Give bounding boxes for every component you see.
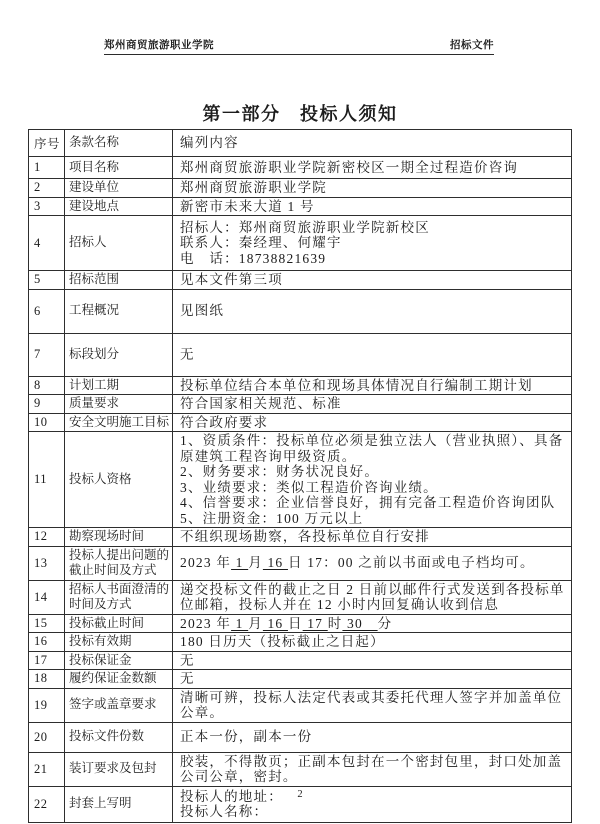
row-content-cell: 符合政府要求: [173, 413, 572, 432]
row-content-cell: 新密市未来大道 1 号: [173, 197, 572, 216]
page-header: 郑州商贸旅游职业学院 招标文件: [104, 37, 494, 55]
row-number-cell: 4: [29, 216, 65, 271]
row-number-cell: 21: [29, 752, 65, 786]
content-line: 递交投标文件的截止之日 2 日前以邮件行式发送到各投标单位邮箱，投标人并在 12…: [180, 582, 567, 613]
row-number-cell: 7: [29, 333, 65, 376]
table-row: 19签字或盖章要求清晰可辨，投标人法定代表或其委托代理人签字并加盖单位公章。: [29, 688, 572, 722]
row-name-cell: 建设单位: [65, 179, 173, 198]
table-header-row: 序号 条款名称 编列内容: [29, 130, 572, 157]
row-name-cell: 投标截止时间: [65, 614, 173, 633]
table-row: 15投标截止时间2023 年 1 月 16 日 17 时 30 分: [29, 614, 572, 633]
content-line: 2023 年 1 月 16 日 17 时 30 分: [180, 616, 567, 632]
row-name-cell: 履约保证金数额: [65, 670, 173, 689]
table-row: 14招标人书面澄清的时间及方式递交投标文件的截止之日 2 日前以邮件行式发送到各…: [29, 580, 572, 614]
row-name-cell: 工程概况: [65, 289, 173, 333]
content-line: 郑州商贸旅游职业学院: [180, 180, 567, 196]
row-name-cell: 项目名称: [65, 157, 173, 179]
row-number-cell: 16: [29, 633, 65, 652]
table-row: 10安全文明施工目标符合政府要求: [29, 413, 572, 432]
content-line: 电 话：18738821639: [180, 251, 567, 267]
row-number-cell: 2: [29, 179, 65, 198]
content-line: 见本文件第三项: [180, 272, 567, 288]
row-name-cell: 勘察现场时间: [65, 528, 173, 547]
content-line: 不组织现场勘察，各投标单位自行安排: [180, 529, 567, 545]
table-row: 17投标保证金无: [29, 651, 572, 670]
content-line: 无: [180, 347, 567, 363]
row-content-cell: 无: [173, 670, 572, 689]
document-page: { "page": { "header_left": "郑州商贸旅游职业学院",…: [0, 0, 600, 824]
row-content-cell: 180 日历天（投标截止之日起）: [173, 633, 572, 652]
table-row: 1项目名称郑州商贸旅游职业学院新密校区一期全过程造价咨询: [29, 157, 572, 179]
row-number-cell: 15: [29, 614, 65, 633]
row-content-cell: 见本文件第三项: [173, 271, 572, 290]
row-name-cell: 招标人书面澄清的时间及方式: [65, 580, 173, 614]
row-number-cell: 19: [29, 688, 65, 722]
row-name-cell: 装订要求及包封: [65, 752, 173, 786]
row-content-cell: 投标单位结合本单位和现场具体情况自行编制工期计划: [173, 376, 572, 395]
content-line: 见图纸: [180, 303, 567, 319]
row-name-cell: 投标保证金: [65, 651, 173, 670]
content-line: 招标人：郑州商贸旅游职业学院新校区: [180, 220, 567, 236]
table-row: 13投标人提出问题的截止时间及方式2023 年 1 月 16 日 17：00 之…: [29, 546, 572, 580]
row-name-cell: 投标文件份数: [65, 722, 173, 752]
content-line: 新密市未来大道 1 号: [180, 199, 567, 215]
row-number-cell: 13: [29, 546, 65, 580]
content-line: 180 日历天（投标截止之日起）: [180, 634, 567, 650]
row-name-cell: 标段划分: [65, 333, 173, 376]
row-number-cell: 1: [29, 157, 65, 179]
content-line: 无: [180, 671, 567, 687]
content-line: 符合政府要求: [180, 415, 567, 431]
content-line: 胶装，不得散页；正副本包封在一个密封包里，封口处加盖公司公章，密封。: [180, 754, 567, 785]
column-header-no: 序号: [29, 130, 65, 157]
row-content-cell: 胶装，不得散页；正副本包封在一个密封包里，封口处加盖公司公章，密封。: [173, 752, 572, 786]
row-number-cell: 17: [29, 651, 65, 670]
row-content-cell: 郑州商贸旅游职业学院: [173, 179, 572, 198]
row-content-cell: 2023 年 1 月 16 日 17：00 之前以书面或电子档均可。: [173, 546, 572, 580]
row-content-cell: 符合国家相关规范、标准: [173, 395, 572, 414]
row-number-cell: 5: [29, 271, 65, 290]
content-line: 2、财务要求：财务状况良好。: [180, 464, 567, 480]
row-number-cell: 9: [29, 395, 65, 414]
table-row: 18履约保证金数额无: [29, 670, 572, 689]
row-content-cell: 无: [173, 333, 572, 376]
content-line: 符合国家相关规范、标准: [180, 396, 567, 412]
row-name-cell: 建设地点: [65, 197, 173, 216]
row-name-cell: 安全文明施工目标: [65, 413, 173, 432]
row-name-cell: 招标人: [65, 216, 173, 271]
table-row: 11投标人资格1、资质条件：投标单位必须是独立法人（营业执照）、具备原建筑工程咨…: [29, 432, 572, 528]
page-title: 第一部分 投标人须知: [0, 100, 600, 126]
content-line: 正本一份，副本一份: [180, 729, 567, 745]
row-content-cell: 1、资质条件：投标单位必须是独立法人（营业执照）、具备原建筑工程咨询甲级资质。2…: [173, 432, 572, 528]
table-row: 3建设地点新密市未来大道 1 号: [29, 197, 572, 216]
table-row: 12勘察现场时间不组织现场勘察，各投标单位自行安排: [29, 528, 572, 547]
column-header-content: 编列内容: [173, 130, 572, 157]
content-line: 4、信誉要求：企业信誉良好，拥有完备工程造价咨询团队: [180, 495, 567, 511]
row-content-cell: 无: [173, 651, 572, 670]
row-name-cell: 投标人资格: [65, 432, 173, 528]
table-row: 7标段划分无: [29, 333, 572, 376]
table-row: 9质量要求符合国家相关规范、标准: [29, 395, 572, 414]
table-row: 2建设单位郑州商贸旅游职业学院: [29, 179, 572, 198]
column-header-name: 条款名称: [65, 130, 173, 157]
row-name-cell: 计划工期: [65, 376, 173, 395]
content-line: 联系人：秦经理、何耀宇: [180, 235, 567, 251]
table-row: 16投标有效期180 日历天（投标截止之日起）: [29, 633, 572, 652]
row-number-cell: 20: [29, 722, 65, 752]
row-content-cell: 递交投标文件的截止之日 2 日前以邮件行式发送到各投标单位邮箱，投标人并在 12…: [173, 580, 572, 614]
row-number-cell: 18: [29, 670, 65, 689]
row-number-cell: 6: [29, 289, 65, 333]
row-content-cell: 招标人：郑州商贸旅游职业学院新校区联系人：秦经理、何耀宇电 话：18738821…: [173, 216, 572, 271]
row-name-cell: 投标有效期: [65, 633, 173, 652]
header-left-text: 郑州商贸旅游职业学院: [104, 37, 214, 52]
row-name-cell: 招标范围: [65, 271, 173, 290]
row-content-cell: 见图纸: [173, 289, 572, 333]
table-row: 5招标范围见本文件第三项: [29, 271, 572, 290]
content-line: 无: [180, 653, 567, 669]
row-name-cell: 质量要求: [65, 395, 173, 414]
row-number-cell: 3: [29, 197, 65, 216]
header-right-text: 招标文件: [450, 37, 494, 52]
page-number: 2: [0, 789, 600, 800]
content-line: 5、注册资金：100 万元以上: [180, 511, 567, 527]
table-row: 20投标文件份数正本一份，副本一份: [29, 722, 572, 752]
row-content-cell: 清晰可辨，投标人法定代表或其委托代理人签字并加盖单位公章。: [173, 688, 572, 722]
content-line: 2023 年 1 月 16 日 17：00 之前以书面或电子档均可。: [180, 555, 567, 571]
content-line: 清晰可辨，投标人法定代表或其委托代理人签字并加盖单位公章。: [180, 690, 567, 721]
table-body: 1项目名称郑州商贸旅游职业学院新密校区一期全过程造价咨询2建设单位郑州商贸旅游职…: [29, 157, 572, 823]
table-row: 6工程概况见图纸: [29, 289, 572, 333]
table-row: 4招标人招标人：郑州商贸旅游职业学院新校区联系人：秦经理、何耀宇电 话：1873…: [29, 216, 572, 271]
table-row: 8计划工期投标单位结合本单位和现场具体情况自行编制工期计划: [29, 376, 572, 395]
row-number-cell: 14: [29, 580, 65, 614]
row-name-cell: 签字或盖章要求: [65, 688, 173, 722]
content-line: 1、资质条件：投标单位必须是独立法人（营业执照）、具备原建筑工程咨询甲级资质。: [180, 433, 567, 464]
row-content-cell: 郑州商贸旅游职业学院新密校区一期全过程造价咨询: [173, 157, 572, 179]
content-line: 投标单位结合本单位和现场具体情况自行编制工期计划: [180, 378, 567, 394]
row-content-cell: 不组织现场勘察，各投标单位自行安排: [173, 528, 572, 547]
row-number-cell: 11: [29, 432, 65, 528]
row-number-cell: 12: [29, 528, 65, 547]
bidder-notice-table: 序号 条款名称 编列内容 1项目名称郑州商贸旅游职业学院新密校区一期全过程造价咨…: [28, 129, 572, 823]
content-line: 3、业绩要求：类似工程造价咨询业绩。: [180, 480, 567, 496]
table-row: 21装订要求及包封胶装，不得散页；正副本包封在一个密封包里，封口处加盖公司公章，…: [29, 752, 572, 786]
row-number-cell: 8: [29, 376, 65, 395]
row-content-cell: 2023 年 1 月 16 日 17 时 30 分: [173, 614, 572, 633]
content-line: 投标人名称：: [180, 804, 567, 820]
content-line: 郑州商贸旅游职业学院新密校区一期全过程造价咨询: [180, 160, 567, 176]
row-name-cell: 投标人提出问题的截止时间及方式: [65, 546, 173, 580]
row-content-cell: 正本一份，副本一份: [173, 722, 572, 752]
row-number-cell: 10: [29, 413, 65, 432]
